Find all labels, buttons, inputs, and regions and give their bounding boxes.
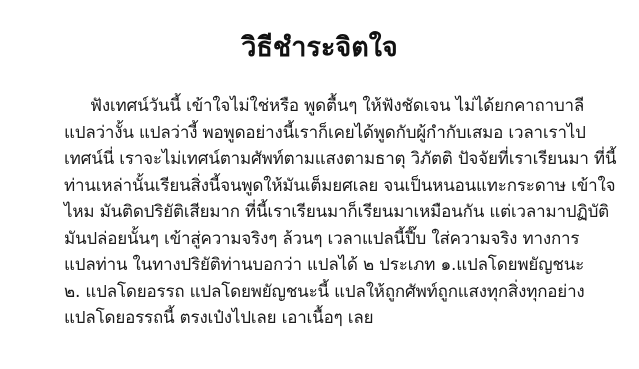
- paragraph-line-1: ฟังเทศน์วันนี้ เข้าใจไม่ใช่หรือ พูดตื้นๆ…: [64, 93, 584, 120]
- paragraph-line-4: ท่านเหล่านั้นเรียนสิ่งนี้จนพูดให้มันเต็ม…: [64, 173, 584, 200]
- paragraph-line-7: แปลท่าน ในทางปริยัติท่านบอกว่า แปลได้ ๒ …: [64, 252, 584, 279]
- page-title: วิธีชำระจิตใจ: [0, 30, 639, 66]
- paragraph-line-3: เทศน์นี่ เราจะไม่เทศน์ตามศัพท์ตามแสงตามธ…: [64, 146, 584, 173]
- body-paragraph: ฟังเทศน์วันนี้ เข้าใจไม่ใช่หรือ พูดตื้นๆ…: [64, 93, 584, 332]
- paragraph-line-9: แปลโดยอรรถนี้ ตรงเป๋งไปเลย เอาเนื้อๆ เลย: [64, 305, 584, 332]
- document-page: วิธีชำระจิตใจ ฟังเทศน์วันนี้ เข้าใจไม่ใช…: [0, 0, 639, 369]
- paragraph-line-2: แปลว่างั้น แปลว่างี้ พอพูดอย่างนี้เราก็เ…: [64, 120, 584, 147]
- paragraph-line-5: ไหม มันติดปริยัติเสียมาก ที่นี้เราเรียนม…: [64, 199, 584, 226]
- paragraph-line-8: ๒. แปลโดยอรรถ แปลโดยพยัญชนะนี้ แปลให้ถูก…: [64, 279, 584, 306]
- paragraph-line-6: มันปล่อยนั้นๆ เข้าสู่ความจริงๆ ล้วนๆ เวล…: [64, 226, 584, 253]
